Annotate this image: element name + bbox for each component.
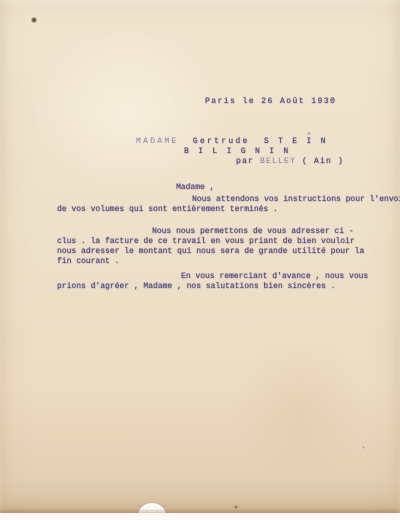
letter-page: Paris le 26 Août 1930 MADAME Gertrude S … xyxy=(0,0,400,513)
recipient-title: MADAME xyxy=(136,137,179,146)
recipient-name-line: MADAME Gertrude S T E I N xyxy=(136,137,328,147)
body-line: Nous attendons vos instructions pour l'e… xyxy=(192,195,400,205)
recipient-name: Gertrude S T E I N xyxy=(179,137,328,146)
recipient-via-dept: ( Ain ) xyxy=(296,157,344,166)
paper-speck xyxy=(307,131,311,136)
body-line: de vos volumes qui sont entièrement term… xyxy=(57,205,278,215)
body-line: clus . la facture de ce travail en vous … xyxy=(57,237,355,247)
dateline: Paris le 26 Août 1930 xyxy=(205,97,336,107)
body-line: nous adresser le montant qui nous sera d… xyxy=(57,247,364,257)
paper-edge-notch xyxy=(138,503,166,513)
body-line: fin courant . xyxy=(57,257,119,267)
recipient-via-line: par BELLEY ( Ain ) xyxy=(236,157,344,167)
recipient-via-place: BELLEY xyxy=(260,157,296,166)
salutation: Madame , xyxy=(176,183,214,193)
body-line: En vous remerciant d'avance , nous vous xyxy=(181,272,368,282)
paper-speck xyxy=(362,446,365,449)
body-line: prions d'agréer , Madame , nos salutatio… xyxy=(57,282,335,292)
paper-speck xyxy=(234,505,238,509)
recipient-via-prefix: par xyxy=(236,157,260,166)
body-line: Nous nous permettons de vous adresser ci… xyxy=(152,227,354,237)
recipient-locality: B I L I G N I N xyxy=(184,147,291,157)
ink-smudge xyxy=(31,17,37,23)
